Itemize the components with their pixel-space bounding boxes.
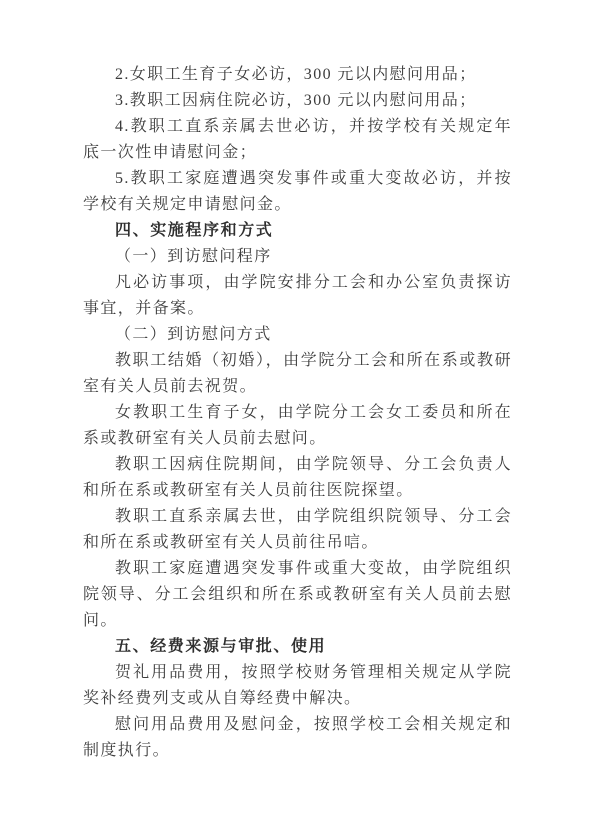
paragraph-hospital-visit: 教职工因病住院期间，由学院领导、分工会负责人和所在系或教研室有关人员前往医院探望… (83, 452, 512, 504)
subheading-visit-method: （二）到访慰问方式 (83, 322, 512, 348)
section-heading-4: 四、实施程序和方式 (83, 218, 512, 244)
list-item-5: 5.教职工家庭遭遇突发事件或重大变故必访，并按学校有关规定申请慰问金。 (83, 166, 512, 218)
subheading-visit-procedure: （一）到访慰问程序 (83, 244, 512, 270)
document-page: 2.女职工生育子女必访，300 元以内慰问用品； 3.教职工因病住院必访，300… (0, 0, 590, 828)
paragraph-consolation-expense: 慰问用品费用及慰问金，按照学校工会相关规定和制度执行。 (83, 712, 512, 764)
document-body: 2.女职工生育子女必访，300 元以内慰问用品； 3.教职工因病住院必访，300… (83, 62, 512, 764)
paragraph-emergency-visit: 教职工家庭遭遇突发事件或重大变故，由学院组织院领导、分工会组织和所在系或教研室有… (83, 556, 512, 634)
paragraph-procedure-detail: 凡必访事项，由学院安排分工会和办公室负责探访事宜，并备案。 (83, 270, 512, 322)
paragraph-wedding: 教职工结婚（初婚），由学院分工会和所在系或教研室有关人员前去祝贺。 (83, 348, 512, 400)
paragraph-funeral-condolence: 教职工直系亲属去世，由学院组织院领导、分工会和所在系或教研室有关人员前往吊唁。 (83, 504, 512, 556)
list-item-4: 4.教职工直系亲属去世必访，并按学校有关规定年底一次性申请慰问金； (83, 114, 512, 166)
section-heading-5: 五、经费来源与审批、使用 (83, 634, 512, 660)
list-item-3: 3.教职工因病住院必访，300 元以内慰问用品； (83, 88, 512, 114)
paragraph-childbirth: 女教职工生育子女，由学院分工会女工委员和所在系或教研室有关人员前去慰问。 (83, 400, 512, 452)
paragraph-gift-expense: 贺礼用品费用，按照学校财务管理相关规定从学院奖补经费列支或从自筹经费中解决。 (83, 660, 512, 712)
list-item-2: 2.女职工生育子女必访，300 元以内慰问用品； (83, 62, 512, 88)
